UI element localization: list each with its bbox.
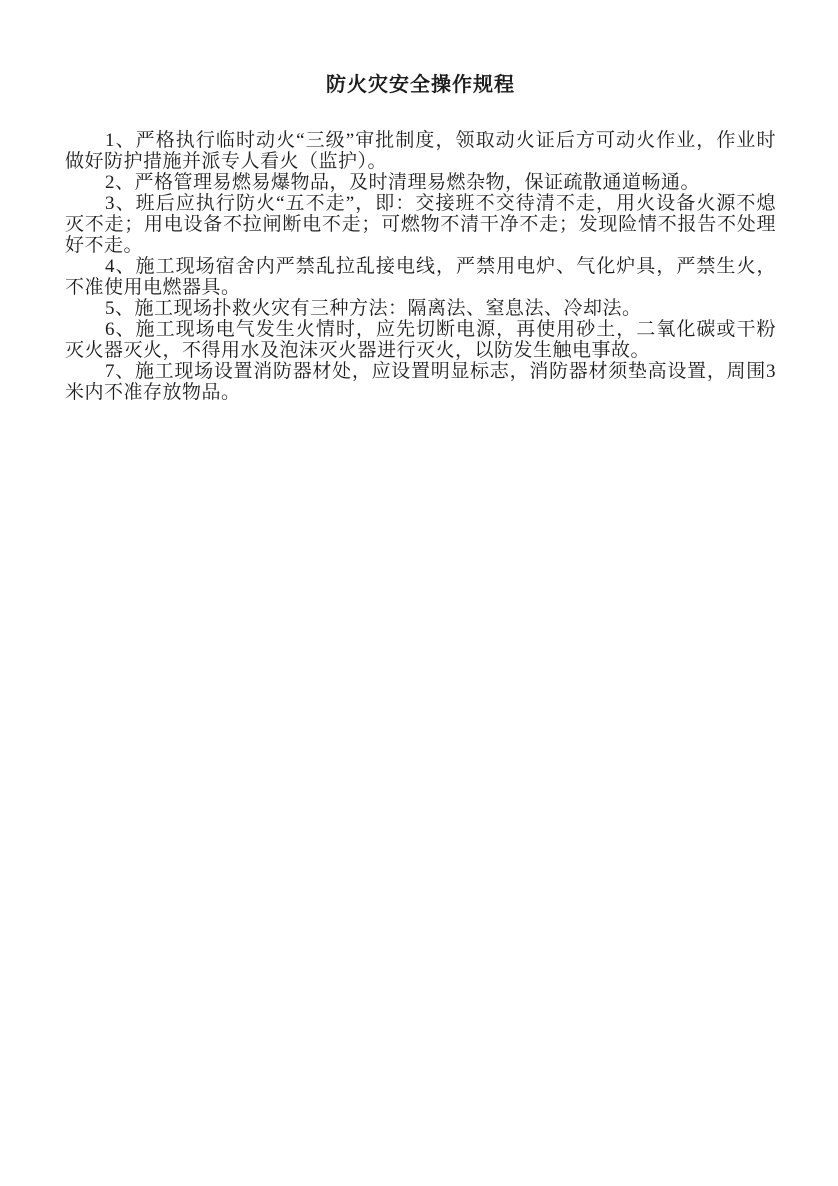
- paragraph-5: 5、施工现场扑救火灾有三种方法：隔离法、窒息法、冷却法。: [65, 298, 776, 319]
- paragraph-7: 7、施工现场设置消防器材处，应设置明显标志，消防器材须垫高设置，周围3米内不准存…: [65, 361, 776, 403]
- paragraph-3: 3、班后应执行防火“五不走”，即：交接班不交待清不走，用火设备火源不熄灭不走；用…: [65, 193, 776, 256]
- paragraph-4: 4、施工现场宿舍内严禁乱拉乱接电线，严禁用电炉、气化炉具，严禁生火，不准使用电燃…: [65, 256, 776, 298]
- paragraph-2: 2、严格管理易燃易爆物品，及时清理易燃杂物，保证疏散通道畅通。: [65, 172, 776, 193]
- document-title: 防火灾安全操作规程: [65, 73, 776, 97]
- paragraph-6: 6、施工现场电气发生火情时，应先切断电源，再使用砂土，二氧化碳或干粉灭火器灭火，…: [65, 319, 776, 361]
- paragraph-1: 1、严格执行临时动火“三级”审批制度，领取动火证后方可动火作业，作业时做好防护措…: [65, 130, 776, 172]
- document-content: 防火灾安全操作规程 1、严格执行临时动火“三级”审批制度，领取动火证后方可动火作…: [0, 0, 838, 403]
- document-page: 防火灾安全操作规程 1、严格执行临时动火“三级”审批制度，领取动火证后方可动火作…: [0, 0, 838, 1186]
- document-body: 1、严格执行临时动火“三级”审批制度，领取动火证后方可动火作业，作业时做好防护措…: [65, 130, 776, 403]
